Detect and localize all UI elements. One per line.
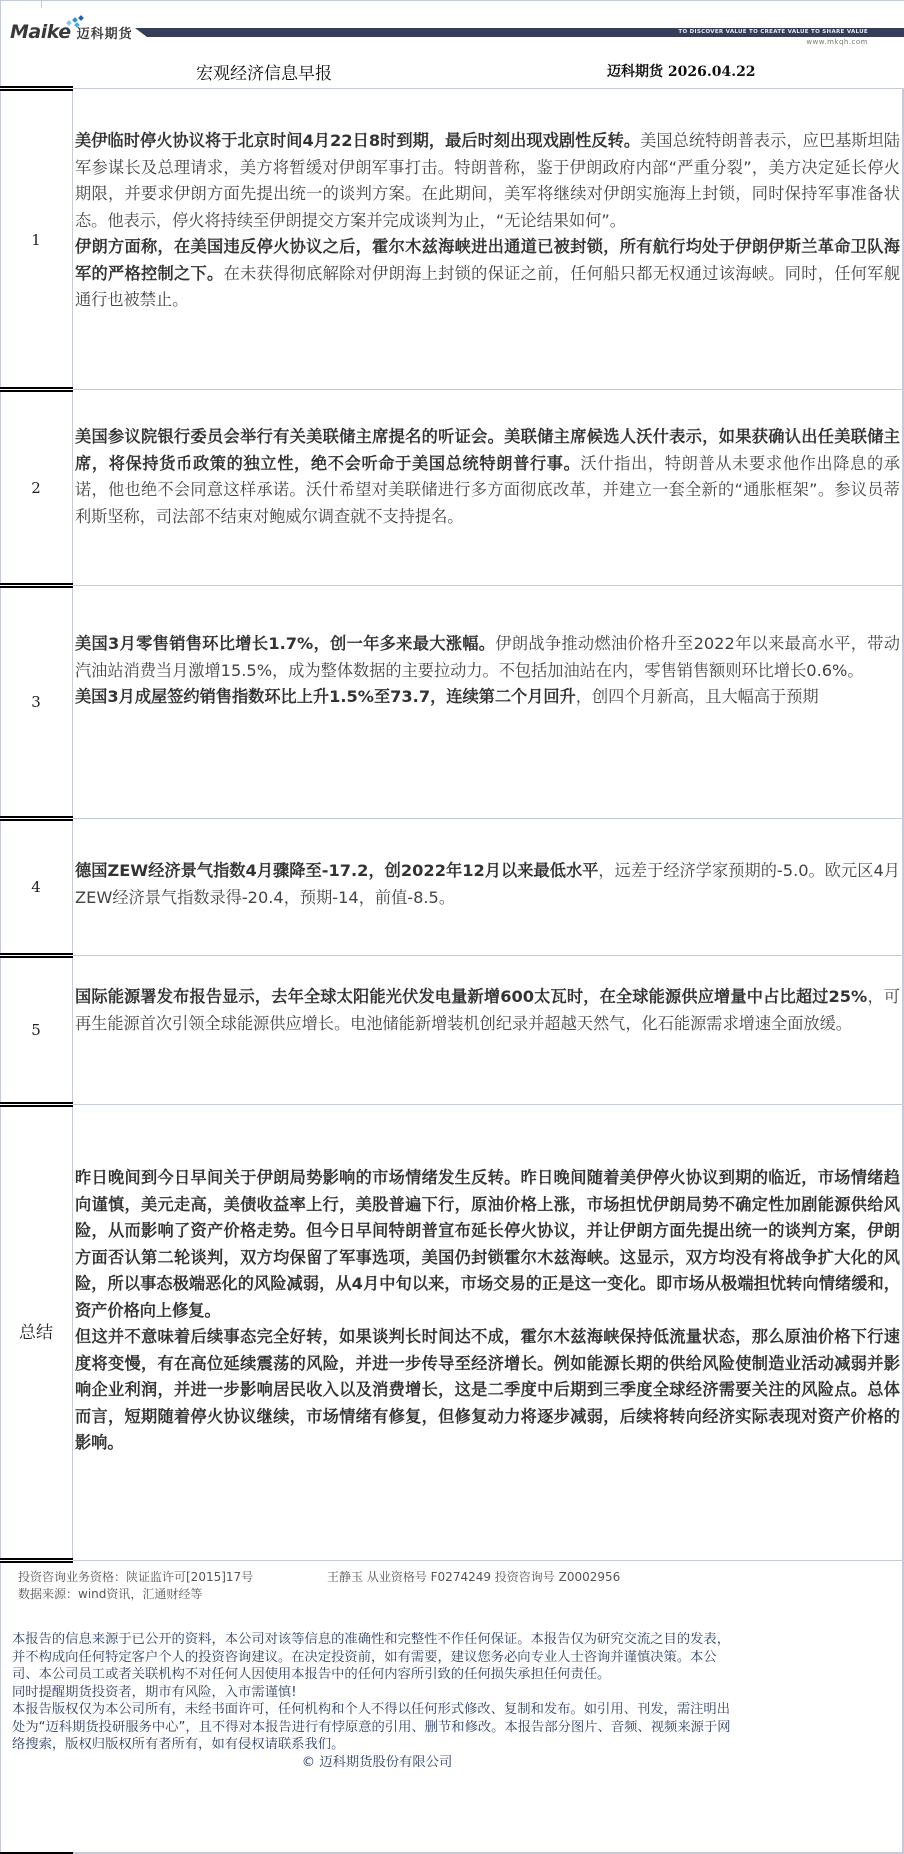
row-divider: [73, 1560, 904, 1561]
row-divider-double: [0, 1558, 73, 1563]
headline: 美国3月成屋签约销售指数环比上升1.5%至73.7，连续第二个月回升: [75, 687, 576, 706]
analyst-info: 王静玉 从业资格号 F0274249 投资咨询号 Z0002956: [327, 1569, 620, 1586]
data-source: 数据来源：wind资讯，汇通财经等: [18, 1586, 202, 1603]
news-item-5: 5 国际能源署发布报告显示，去年全球太阳能光伏发电量新增600太瓦时，在全球能源…: [0, 958, 904, 1103]
item-content: 美伊临时停火协议将于北京时间4月22日8时到期，最后时刻出现戏剧性反转。美国总统…: [75, 128, 900, 314]
risk-warning: 同时提醒期货投资者，期市有风险，入市需谨慎!: [12, 1684, 742, 1702]
paragraph: 美国3月零售销售环比增长1.7%，创一年多来最大涨幅。伊朗战争推动燃油价格升至2…: [75, 631, 900, 684]
paragraph: 国际能源署发布报告显示，去年全球太阳能光伏发电量新增600太瓦时，在全球能源供应…: [75, 984, 900, 1037]
row-divider: [73, 585, 904, 586]
headline: 美国3月零售销售环比增长1.7%，创一年多来最大涨幅。: [75, 634, 495, 653]
paragraph: 但这并不意味着后续事态完全好转，如果谈判长时间达不成，霍尔木兹海峡保持低流量状态…: [75, 1324, 900, 1457]
logo-dots-icon: [65, 16, 89, 26]
report-title: 宏观经济信息早报: [196, 59, 332, 84]
body-text: ，创四个月新高，且大幅高于预期: [576, 687, 819, 706]
item-content: 国际能源署发布报告显示，去年全球太阳能光伏发电量新增600太瓦时，在全球能源供应…: [75, 984, 900, 1037]
company-and-date: 迈科期货 2026.04.22: [607, 61, 756, 81]
item-number: 4: [0, 821, 73, 954]
row-divider: [73, 955, 904, 956]
company-logo: Maike 迈科期货: [10, 22, 133, 42]
row-divider: [73, 818, 904, 819]
paragraph: 美伊临时停火协议将于北京时间4月22日8时到期，最后时刻出现戏剧性反转。美国总统…: [75, 128, 900, 234]
report-header: Maike 迈科期货 TO DISCOVER VALUE TO CREATE V…: [0, 0, 904, 88]
item-number: 1: [0, 91, 73, 389]
paragraph: 美国参议院银行委员会举行有关美联储主席提名的听证会。美联储主席候选人沃什表示，如…: [75, 424, 900, 530]
summary-label: 总结: [0, 1107, 73, 1560]
disclaimer-paragraph: 本报告的信息来源于已公开的资料，本公司对该等信息的准确性和完整性不作任何保证。本…: [12, 1631, 742, 1684]
headline: 国际能源署发布报告显示，去年全球太阳能光伏发电量新增600太瓦时，在全球能源供应…: [75, 987, 867, 1006]
logo-wordmark: Maike: [10, 21, 71, 43]
news-item-1: 1 美伊临时停火协议将于北京时间4月22日8时到期，最后时刻出现戏剧性反转。美国…: [0, 91, 904, 389]
headline: 德国ZEW经济景气指数4月骤降至-17.2，创2022年12月以来最低水平: [75, 861, 598, 880]
qualification-text: 投资咨询业务资格：陕证监许可[2015]17号: [18, 1569, 253, 1586]
copyright-notice: 本报告版权仅为本公司所有，未经书面许可，任何机构和个人不得以任何形式修改、复制和…: [12, 1701, 742, 1754]
paragraph: 德国ZEW经济景气指数4月骤降至-17.2，创2022年12月以来最低水平，远差…: [75, 858, 900, 911]
summary-text: 但这并不意味着后续事态完全好转，如果谈判长时间达不成，霍尔木兹海峡保持低流量状态…: [75, 1327, 900, 1452]
item-content: 德国ZEW经济景气指数4月骤降至-17.2，创2022年12月以来最低水平，远差…: [75, 858, 900, 911]
paragraph: 美国3月成屋签约销售指数环比上升1.5%至73.7，连续第二个月回升，创四个月新…: [75, 684, 900, 711]
summary-section: 总结 昨日晚间到今日早间关于伊朗局势影响的市场情绪发生反转。昨日晚间随着美伊停火…: [0, 1107, 904, 1560]
item-number: 5: [0, 958, 73, 1103]
qualification-line: 投资咨询业务资格：陕证监许可[2015]17号 王静玉 从业资格号 F02742…: [18, 1569, 620, 1586]
row-divider: [73, 1104, 904, 1105]
item-number: 3: [0, 588, 73, 816]
paragraph: 伊朗方面称，在美国违反停火协议之后，霍尔木兹海峡进出通道已被封锁，所有航行均处于…: [75, 234, 900, 314]
company-slogan: TO DISCOVER VALUE TO CREATE VALUE TO SHA…: [678, 28, 868, 37]
paragraph: 昨日晚间到今日早间关于伊朗局势影响的市场情绪发生反转。昨日晚间随着美伊停火协议到…: [75, 1165, 900, 1324]
news-item-3: 3 美国3月零售销售环比增长1.7%，创一年多来最大涨幅。伊朗战争推动燃油价格升…: [0, 588, 904, 816]
item-number: 2: [0, 392, 73, 585]
summary-content: 昨日晚间到今日早间关于伊朗局势影响的市场情绪发生反转。昨日晚间随着美伊停火协议到…: [75, 1165, 900, 1457]
item-content: 美国3月零售销售环比增长1.7%，创一年多来最大涨幅。伊朗战争推动燃油价格升至2…: [75, 631, 900, 711]
news-item-4: 4 德国ZEW经济景气指数4月骤降至-17.2，创2022年12月以来最低水平，…: [0, 821, 904, 954]
row-divider: [73, 88, 904, 89]
item-content: 美国参议院银行委员会举行有关美联储主席提名的听证会。美联储主席候选人沃什表示，如…: [75, 424, 900, 530]
headline: 美伊临时停火协议将于北京时间4月22日8时到期，最后时刻出现戏剧性反转。: [75, 131, 640, 150]
news-item-2: 2 美国参议院银行委员会举行有关美联储主席提名的听证会。美联储主席候选人沃什表示…: [0, 392, 904, 585]
summary-text: 昨日晚间到今日早间关于伊朗局势影响的市场情绪发生反转。昨日晚间随着美伊停火协议到…: [75, 1168, 900, 1320]
title-row: 宏观经济信息早报 迈科期货 2026.04.22: [0, 52, 904, 88]
website-url: www.mkqh.com: [806, 38, 868, 46]
disclaimer-block: 本报告的信息来源于已公开的资料，本公司对该等信息的准确性和完整性不作任何保证。本…: [12, 1631, 742, 1771]
row-divider: [73, 389, 904, 390]
copyright-line: © 迈科期货股份有限公司: [12, 1754, 742, 1772]
